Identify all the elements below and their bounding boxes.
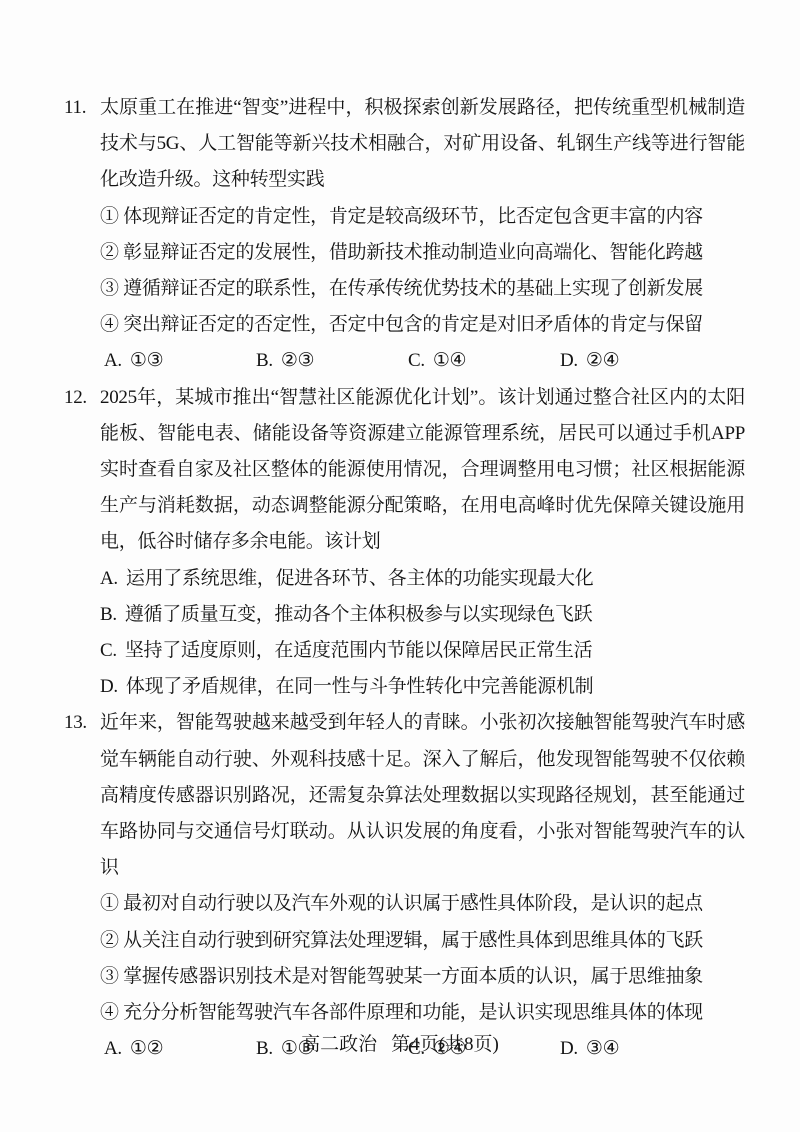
question-13-stem: 近年来，智能驾驶越来越受到年轻人的青睐。小张初次接触智能驾驶汽车时感觉车辆能自动…: [100, 705, 745, 886]
question-11-option-b: B.②③: [256, 343, 408, 379]
question-11-number: 11.: [64, 90, 100, 126]
question-11-stem: 太原重工在推进“智变”进程中，积极探索创新发展路径，把传统重型机械制造技术与5G…: [100, 90, 745, 199]
exam-page: 11. 太原重工在推进“智变”进程中，积极探索创新发展路径，把传统重型机械制造技…: [0, 0, 800, 1132]
question-11-options: A.①③ B.②③ C.①④ D.②④: [64, 343, 748, 379]
footer-page-number: 第4页(共8页): [391, 1034, 499, 1055]
option-text: 运用了系统思维，促进各环节、各主体的功能实现最大化: [126, 568, 594, 589]
question-11-statement-3: ③ 遵循辩证否定的联系性，在传承传统优势技术的基础上实现了创新发展: [64, 271, 748, 307]
question-11-statement-4: ④ 突出辩证否定的否定性，否定中包含的肯定是对旧矛盾体的肯定与保留: [64, 307, 748, 343]
question-11-option-d: D.②④: [560, 343, 619, 379]
question-11-option-c: C.①④: [408, 343, 560, 379]
option-text: 遵循了质量互变，推动各个主体积极参与以实现绿色飞跃: [125, 604, 593, 625]
option-label: C.: [408, 350, 425, 371]
option-text: ②③: [281, 350, 314, 371]
option-text: 坚持了适度原则，在适度范围内节能以保障居民正常生活: [125, 640, 593, 661]
page-footer: 高二政治第4页(共8页): [0, 1029, 800, 1061]
exam-content: 11. 太原重工在推进“智变”进程中，积极探索创新发展路径，把传统重型机械制造技…: [64, 90, 748, 1067]
option-label: C.: [100, 640, 117, 661]
question-11-statement-2: ② 彰显辩证否定的发展性，借助新技术推动制造业向高端化、智能化跨越: [64, 235, 748, 271]
option-text: ②④: [586, 350, 619, 371]
option-label: B.: [100, 604, 117, 625]
question-11-statement-1: ① 体现辩证否定的肯定性，肯定是较高级环节，比否定包含更丰富的内容: [64, 199, 748, 235]
option-label: D.: [100, 676, 118, 697]
option-label: D.: [560, 350, 578, 371]
footer-course-label: 高二政治: [301, 1034, 377, 1055]
question-12-option-a: A.运用了系统思维，促进各环节、各主体的功能实现最大化: [64, 561, 748, 597]
option-text: ①③: [130, 350, 163, 371]
question-13-statement-4: ④ 充分分析智能驾驶汽车各部件原理和功能，是认识实现思维具体的体现: [64, 995, 748, 1031]
question-12: 12. 2025年，某城市推出“智慧社区能源优化计划”。该计划通过整合社区内的太…: [64, 380, 748, 706]
question-12-option-b: B.遵循了质量互变，推动各个主体积极参与以实现绿色飞跃: [64, 597, 748, 633]
question-11: 11. 太原重工在推进“智变”进程中，积极探索创新发展路径，把传统重型机械制造技…: [64, 90, 748, 380]
option-label: B.: [256, 350, 273, 371]
question-12-stem: 2025年，某城市推出“智慧社区能源优化计划”。该计划通过整合社区内的太阳能板、…: [100, 380, 745, 561]
question-13-statement-2: ② 从关注自动行驶到研究算法处理逻辑，属于感性具体到思维具体的飞跃: [64, 923, 748, 959]
question-13-statement-3: ③ 掌握传感器识别技术是对智能驾驶某一方面本质的认识，属于思维抽象: [64, 959, 748, 995]
option-text: 体现了矛盾规律，在同一性与斗争性转化中完善能源机制: [126, 676, 594, 697]
question-12-option-c: C.坚持了适度原则，在适度范围内节能以保障居民正常生活: [64, 633, 748, 669]
question-11-option-a: A.①③: [104, 343, 256, 379]
option-text: ①④: [433, 350, 466, 371]
question-13-number: 13.: [64, 705, 100, 741]
question-12-option-d: D.体现了矛盾规律，在同一性与斗争性转化中完善能源机制: [64, 669, 748, 705]
question-13: 13. 近年来，智能驾驶越来越受到年轻人的青睐。小张初次接触智能驾驶汽车时感觉车…: [64, 705, 748, 1067]
option-label: A.: [104, 350, 122, 371]
question-13-statement-1: ① 最初对自动行驶以及汽车外观的认识属于感性具体阶段，是认识的起点: [64, 886, 748, 922]
question-12-number: 12.: [64, 380, 100, 416]
option-label: A.: [100, 568, 118, 589]
